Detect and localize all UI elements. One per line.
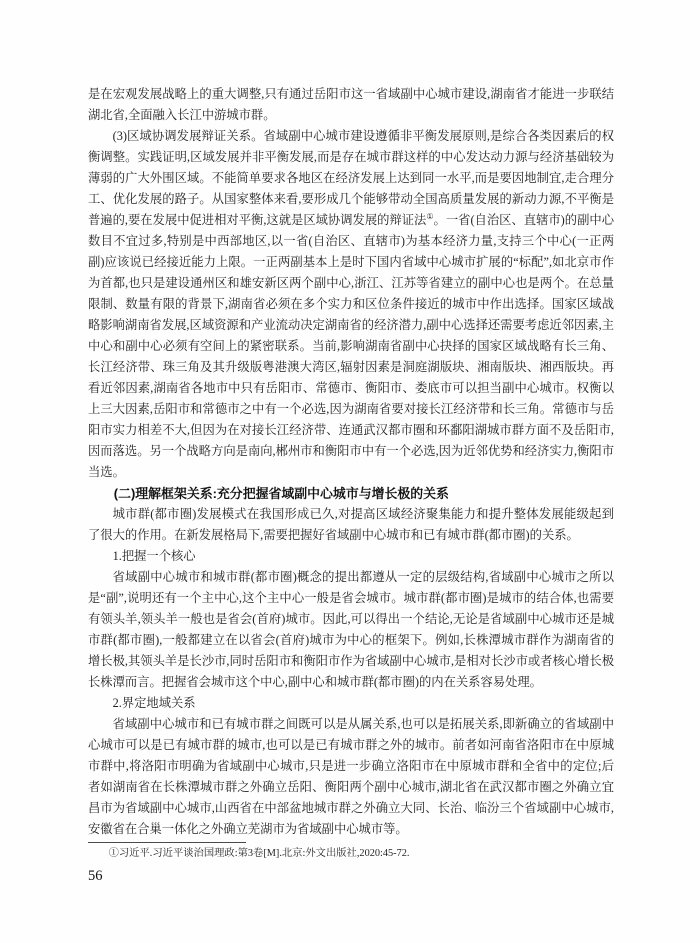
page-number: 56	[88, 866, 103, 886]
footnote-separator	[88, 842, 246, 843]
paragraph-region-relation: 省域副中心城市和已有城市群之间既可以是从属关系,也可以是拓展关系,即新确立的省域…	[88, 714, 614, 840]
subheading-define-region: 2.界定地域关系	[88, 693, 614, 714]
subheading-grasp-core: 1.把握一个核心	[88, 546, 614, 567]
footnote-text: ①习近平.习近平谈治国理政:第3卷[M].北京:外文出版社,2020:45-72…	[88, 847, 614, 861]
footnote-area: ①习近平.习近平谈治国理政:第3卷[M].北京:外文出版社,2020:45-72…	[88, 842, 614, 861]
paragraph-continuation: 是在宏观发展战略上的重大调整,只有通过岳阳市这一省域副中心城市建设,湖南省才能进…	[88, 84, 614, 126]
paragraph-dialectics: (3)区域协调发展辩证关系。省域副中心城市建设遵循非平衡发展原则,是综合各类因素…	[88, 126, 614, 483]
paragraph-city-cluster: 城市群(都市圈)发展模式在我国形成已久,对提高区域经济聚集能力和提升整体发展能级…	[88, 504, 614, 546]
paragraph-dialectics-text-2: 。一省(自治区、直辖市)的副中心数目不宜过多,特别是中西部地区,以一省(自治区、…	[88, 213, 614, 479]
paragraph-core: 省域副中心城市和城市群(都市圈)概念的提出都遵从一定的层级结构,省域副中心城市之…	[88, 567, 614, 693]
footnote-reference-mark: ①	[426, 212, 433, 221]
page-body-text: 是在宏观发展战略上的重大调整,只有通过岳阳市这一省域副中心城市建设,湖南省才能进…	[88, 84, 614, 840]
book-page: 是在宏观发展战略上的重大调整,只有通过岳阳市这一省域副中心城市建设,湖南省才能进…	[0, 0, 700, 943]
section-heading: (二)理解框架关系:充分把握省域副中心城市与增长极的关系	[88, 483, 614, 504]
